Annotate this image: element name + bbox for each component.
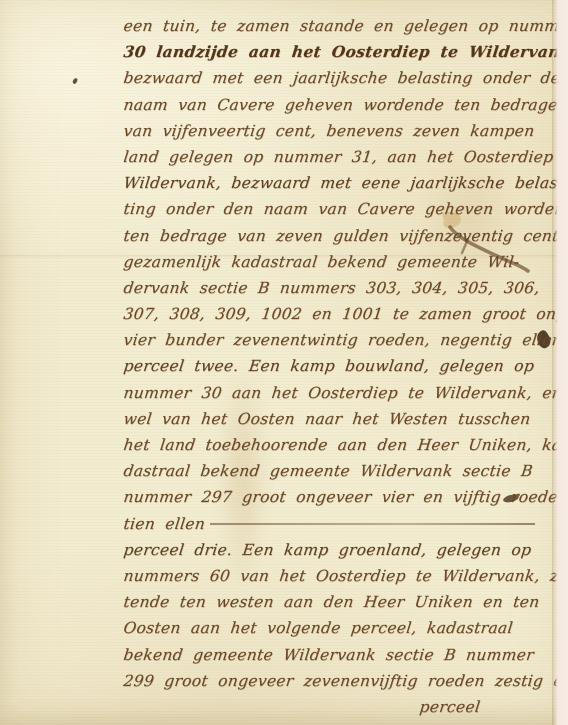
manuscript-line-text: perceel drie. Een kamp groenland, gelege…: [122, 537, 533, 563]
manuscript-line: Oosten aan het volgende perceel, kadastr…: [122, 615, 558, 641]
manuscript-line: het land toebehoorende aan den Heer Unik…: [122, 432, 558, 458]
manuscript-line-text: Wildervank, bezwaard met eene jaarlijksc…: [122, 170, 565, 196]
manuscript-line: nummers 60 van het Oosterdiep te Wilderv…: [122, 563, 558, 589]
manuscript-line: vier bunder zevenentwintig roeden, negen…: [122, 327, 558, 353]
manuscript-line: land gelegen op nummer 31, aan het Ooste…: [122, 144, 558, 170]
manuscript-line-text: 299 groot ongeveer zevenenvijftig roeden…: [122, 668, 568, 694]
manuscript-line-text: nummer 297 groot ongeveer vier en vijfti…: [122, 484, 568, 510]
page-edge-strip: [552, 0, 568, 725]
manuscript-line-text: Oosten aan het volgende perceel, kadastr…: [122, 615, 514, 641]
manuscript-line-text: tien ellen: [122, 511, 207, 537]
manuscript-line-text: dastraal bekend gemeente Wildervank sect…: [122, 458, 534, 484]
manuscript-line-text: 30 landzijde aan het Oosterdiep te Wilde…: [122, 39, 568, 65]
manuscript-page: een tuin, te zamen staande en gelegen op…: [0, 0, 568, 725]
manuscript-line-text: nummer 30 aan het Oosterdiep te Wilderva…: [122, 380, 564, 406]
manuscript-line: perceel: [122, 694, 558, 720]
manuscript-line: tien ellen: [122, 511, 558, 537]
manuscript-line-text: land gelegen op nummer 31, aan het Ooste…: [122, 144, 568, 170]
manuscript-line-text: nummers 60 van het Oosterdiep te Wilderv…: [122, 563, 568, 589]
manuscript-line-text: perceel twee. Een kamp bouwland, gelegen…: [122, 353, 536, 379]
manuscript-line: ten bedrage van zeven gulden vijfenzeven…: [122, 223, 558, 249]
manuscript-line-text: wel van het Oosten naar het Westen tussc…: [122, 406, 532, 432]
manuscript-line-text: een tuin, te zamen staande en gelegen op…: [122, 13, 568, 39]
manuscript-line: van vijfenveertig cent, benevens zeven k…: [122, 118, 558, 144]
manuscript-line-text: 307, 308, 309, 1002 en 1001 te zamen gro…: [122, 301, 568, 327]
manuscript-line: 299 groot ongeveer zevenenvijftig roeden…: [122, 668, 558, 694]
manuscript-line: bekend gemeente Wildervank sectie B numm…: [122, 642, 558, 668]
manuscript-line: bezwaard met een jaarlijksche belasting …: [122, 65, 558, 91]
manuscript-line: gezamenlijk kadastraal bekend gemeente W…: [122, 249, 558, 275]
manuscript-line: Wildervank, bezwaard met eene jaarlijksc…: [122, 170, 558, 196]
manuscript-line-text: dervank sectie B nummers 303, 304, 305, …: [122, 275, 541, 301]
manuscript-line: perceel twee. Een kamp bouwland, gelegen…: [122, 353, 558, 379]
manuscript-line-text: ten bedrage van zeven gulden vijfenzeven…: [122, 223, 560, 249]
manuscript-line: wel van het Oosten naar het Westen tussc…: [122, 406, 558, 432]
manuscript-line-text: ting onder den naam van Cavere geheven w…: [122, 196, 568, 222]
manuscript-line-text: gezamenlijk kadastraal bekend gemeente W…: [122, 249, 521, 275]
manuscript-line-text: bekend gemeente Wildervank sectie B numm…: [122, 642, 535, 668]
manuscript-line: dervank sectie B nummers 303, 304, 305, …: [122, 275, 558, 301]
manuscript-line-text: bezwaard met een jaarlijksche belasting …: [122, 65, 568, 91]
manuscript-line: naam van Cavere geheven wordende ten bed…: [122, 92, 558, 118]
manuscript-line: dastraal bekend gemeente Wildervank sect…: [122, 458, 558, 484]
manuscript-line-text: tende ten westen aan den Heer Uniken en …: [122, 589, 541, 615]
manuscript-line: tende ten westen aan den Heer Uniken en …: [122, 589, 558, 615]
manuscript-line: een tuin, te zamen staande en gelegen op…: [122, 13, 558, 39]
manuscript-line: perceel drie. Een kamp groenland, gelege…: [122, 537, 558, 563]
trailing-ink-rule: [209, 523, 534, 525]
manuscript-line: ting onder den naam van Cavere geheven w…: [122, 196, 558, 222]
manuscript-line-text: het land toebehoorende aan den Heer Unik…: [122, 432, 568, 458]
manuscript-line: nummer 30 aan het Oosterdiep te Wilderva…: [122, 380, 558, 406]
ink-dot: [72, 77, 78, 84]
manuscript-line: nummer 297 groot ongeveer vier en vijfti…: [122, 484, 558, 510]
manuscript-line-text: van vijfenveertig cent, benevens zeven k…: [122, 118, 536, 144]
manuscript-line-text: perceel: [418, 694, 482, 720]
manuscript-line-text: vier bunder zevenentwintig roeden, negen…: [122, 327, 564, 353]
manuscript-line: 307, 308, 309, 1002 en 1001 te zamen gro…: [122, 301, 558, 327]
manuscript-text-block: een tuin, te zamen staande en gelegen op…: [122, 13, 558, 720]
manuscript-line: 30 landzijde aan het Oosterdiep te Wilde…: [122, 39, 558, 65]
manuscript-line-text: naam van Cavere geheven wordende ten bed…: [122, 92, 559, 118]
